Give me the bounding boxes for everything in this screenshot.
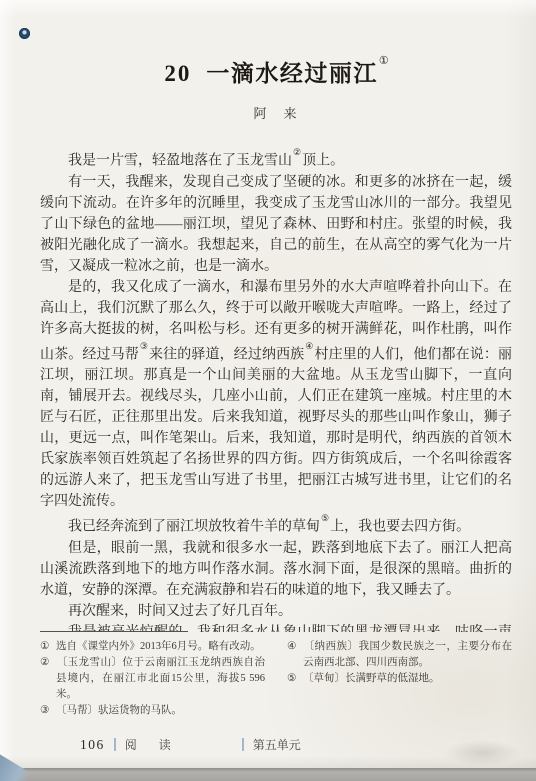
footnote-marker: ① xyxy=(40,639,56,655)
footnote-ref: ② xyxy=(293,147,301,157)
title-footnote-ref: ① xyxy=(379,55,389,67)
paragraph: 再次醒来，时间又过去了好几百年。 xyxy=(40,601,512,622)
page-number: 106 xyxy=(80,737,105,753)
footnotes-right-column: ④〔纳西族〕我国少数民族之一，主要分布在云南西北部、四川西南部。 ⑤〔草甸〕长满… xyxy=(287,639,512,719)
lesson-number: 20 xyxy=(164,61,191,86)
footnote-marker: ③ xyxy=(40,703,56,719)
page-content: 20一滴水经过丽江① 阿 来 我是一片雪，轻盈地落在了玉龙雪山②顶上。 有一天，… xyxy=(40,0,512,770)
footnote-ref: ③ xyxy=(140,341,148,351)
footnote-text: 选自《课堂内外》2013年6月号。略有改动。 xyxy=(56,641,261,652)
body-text: 我是一片雪，轻盈地落在了玉龙雪山②顶上。 有一天，我醒来，发现自己变成了坚硬的冰… xyxy=(40,146,512,632)
footnote-marker: ④ xyxy=(287,639,303,655)
footnote-text: 〔玉龙雪山〕位于云南丽江玉龙纳西族自治县境内，在丽江市北面15公里，海拔5 59… xyxy=(56,657,265,700)
footnote-item: ①选自《课堂内外》2013年6月号。略有改动。 xyxy=(40,639,265,655)
lesson-title: 20一滴水经过丽江① xyxy=(40,55,512,88)
paragraph: 我已经奔流到了丽江坝放牧着牛羊的草甸⑤上，我也要去四方街。 xyxy=(40,512,512,538)
paper-page: 20一滴水经过丽江① 阿 来 我是一片雪，轻盈地落在了玉龙雪山②顶上。 有一天，… xyxy=(0,0,536,770)
lesson-title-text: 一滴水经过丽江 xyxy=(206,61,378,86)
footnote-text: 〔纳西族〕我国少数民族之一，主要分布在云南西北部、四川西南部。 xyxy=(303,641,512,668)
footnote-marker: ② xyxy=(40,655,56,671)
footer-divider-bar xyxy=(114,738,116,751)
footnote-item: ④〔纳西族〕我国少数民族之一，主要分布在云南西北部、四川西南部。 xyxy=(287,639,512,671)
footnote-item: ③〔马帮〕驮运货物的马队。 xyxy=(40,703,265,719)
scan-smudge xyxy=(444,740,522,766)
footnote-text: 〔草甸〕长满野草的低湿地。 xyxy=(303,673,440,684)
footnotes: ①选自《课堂内外》2013年6月号。略有改动。 ②〔玉龙雪山〕位于云南丽江玉龙纳… xyxy=(40,639,512,719)
footnotes-left-column: ①选自《课堂内外》2013年6月号。略有改动。 ②〔玉龙雪山〕位于云南丽江玉龙纳… xyxy=(40,639,265,719)
footnote-text: 〔马帮〕驮运货物的马队。 xyxy=(56,705,182,716)
unit-label: 第五单元 xyxy=(253,736,301,753)
footnote-marker: ⑤ xyxy=(287,671,303,687)
publisher-emblem-icon xyxy=(19,28,30,39)
scan-bottom-edge xyxy=(0,768,536,781)
footnote-ref: ⑤ xyxy=(321,513,329,523)
footnote-divider xyxy=(40,631,188,632)
footer-divider-bar xyxy=(242,738,244,751)
author-name: 阿 来 xyxy=(40,103,512,122)
footnote-ref: ④ xyxy=(305,341,313,351)
footnote-item: ②〔玉龙雪山〕位于云南丽江玉龙纳西族自治县境内，在丽江市北面15公里，海拔5 5… xyxy=(40,655,265,703)
footnote-item: ⑤〔草甸〕长满野草的低湿地。 xyxy=(287,671,512,687)
paragraph: 是的，我又化成了一滴水，和瀑布里另外的水大声喧哗着扑向山下。在高山上，我们沉默了… xyxy=(40,277,512,513)
paragraph: 有一天，我醒来，发现自己变成了坚硬的冰。和更多的冰挤在一起，缓缓向下流动。在许多… xyxy=(40,172,512,277)
section-label: 阅 读 xyxy=(125,736,176,753)
paragraph: 但是，眼前一黑，我就和很多水一起，跌落到地底下去了。丽江人把高山溪流跌落到地下的… xyxy=(40,538,512,601)
scanned-textbook-page: 20一滴水经过丽江① 阿 来 我是一片雪，轻盈地落在了玉龙雪山②顶上。 有一天，… xyxy=(0,0,536,781)
paragraph: 我是一片雪，轻盈地落在了玉龙雪山②顶上。 xyxy=(40,146,512,172)
